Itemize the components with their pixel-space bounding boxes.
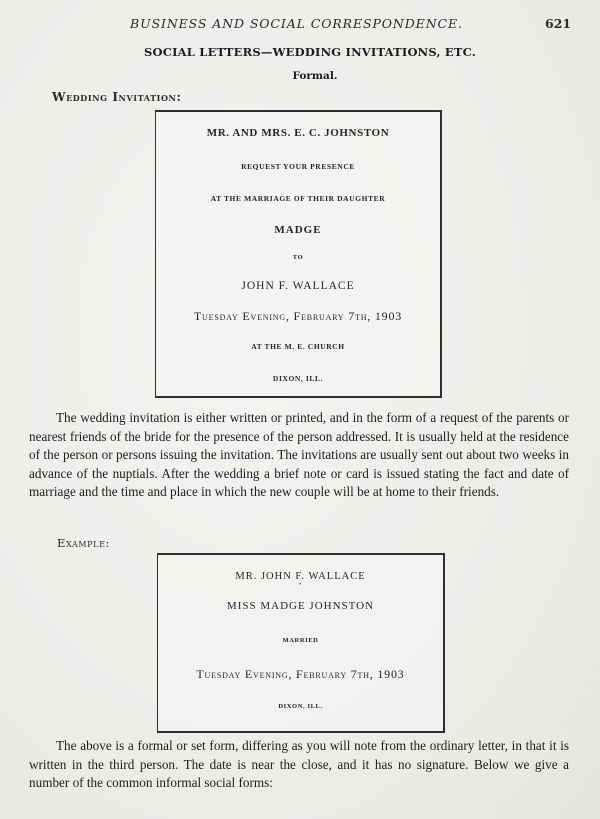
invite-occasion: AT THE MARRIAGE OF THEIR DAUGHTER [156,194,440,203]
invite-bride: MADGE [156,224,440,236]
page-number: 621 [545,16,571,31]
paragraph-formal-form: The above is a formal or set form, diffe… [29,737,569,793]
invite-date: Tuesday Evening, February 7th, 1903 [156,309,440,324]
example-label: Example: [57,536,110,550]
wedding-invitation-label: Wedding Invitation: [52,90,181,104]
invite-city: DIXON, ILL. [156,374,440,383]
announce-married: MARRIED [158,637,443,644]
announcement-card: MR. JOHN F. WALLACE • MISS MADGE JOHNSTO… [157,553,445,733]
invite-hosts: MR. AND MRS. E. C. JOHNSTON [156,127,440,139]
invite-to: TO [156,254,440,261]
announce-bride: MISS MADGE JOHNSTON [158,600,443,612]
announce-groom: MR. JOHN F. WALLACE [158,571,443,582]
invite-groom: JOHN F. WALLACE [156,280,440,292]
book-page: BUSINESS AND SOCIAL CORRESPONDENCE. 621 … [0,0,600,819]
section-title: SOCIAL LETTERS—WEDDING INVITATIONS, ETC. [0,45,600,59]
invite-request: REQUEST YOUR PRESENCE [156,162,440,171]
announce-date: Tuesday Evening, February 7th, 1903 [158,667,443,682]
invite-venue: AT THE M. E. CHURCH [156,342,440,351]
wedding-invitation-card: MR. AND MRS. E. C. JOHNSTON REQUEST YOUR… [155,110,442,398]
paragraph-wedding-invitation: The wedding invitation is either written… [29,409,569,502]
paragraph-1-text: The wedding invitation is either written… [29,409,569,502]
running-head: BUSINESS AND SOCIAL CORRESPONDENCE. [130,16,463,31]
announce-city: DIXON, ILL. [158,703,443,710]
announce-ornament: • [158,582,443,588]
section-subtitle: Formal. [0,70,600,82]
paragraph-2-text: The above is a formal or set form, diffe… [29,737,569,793]
